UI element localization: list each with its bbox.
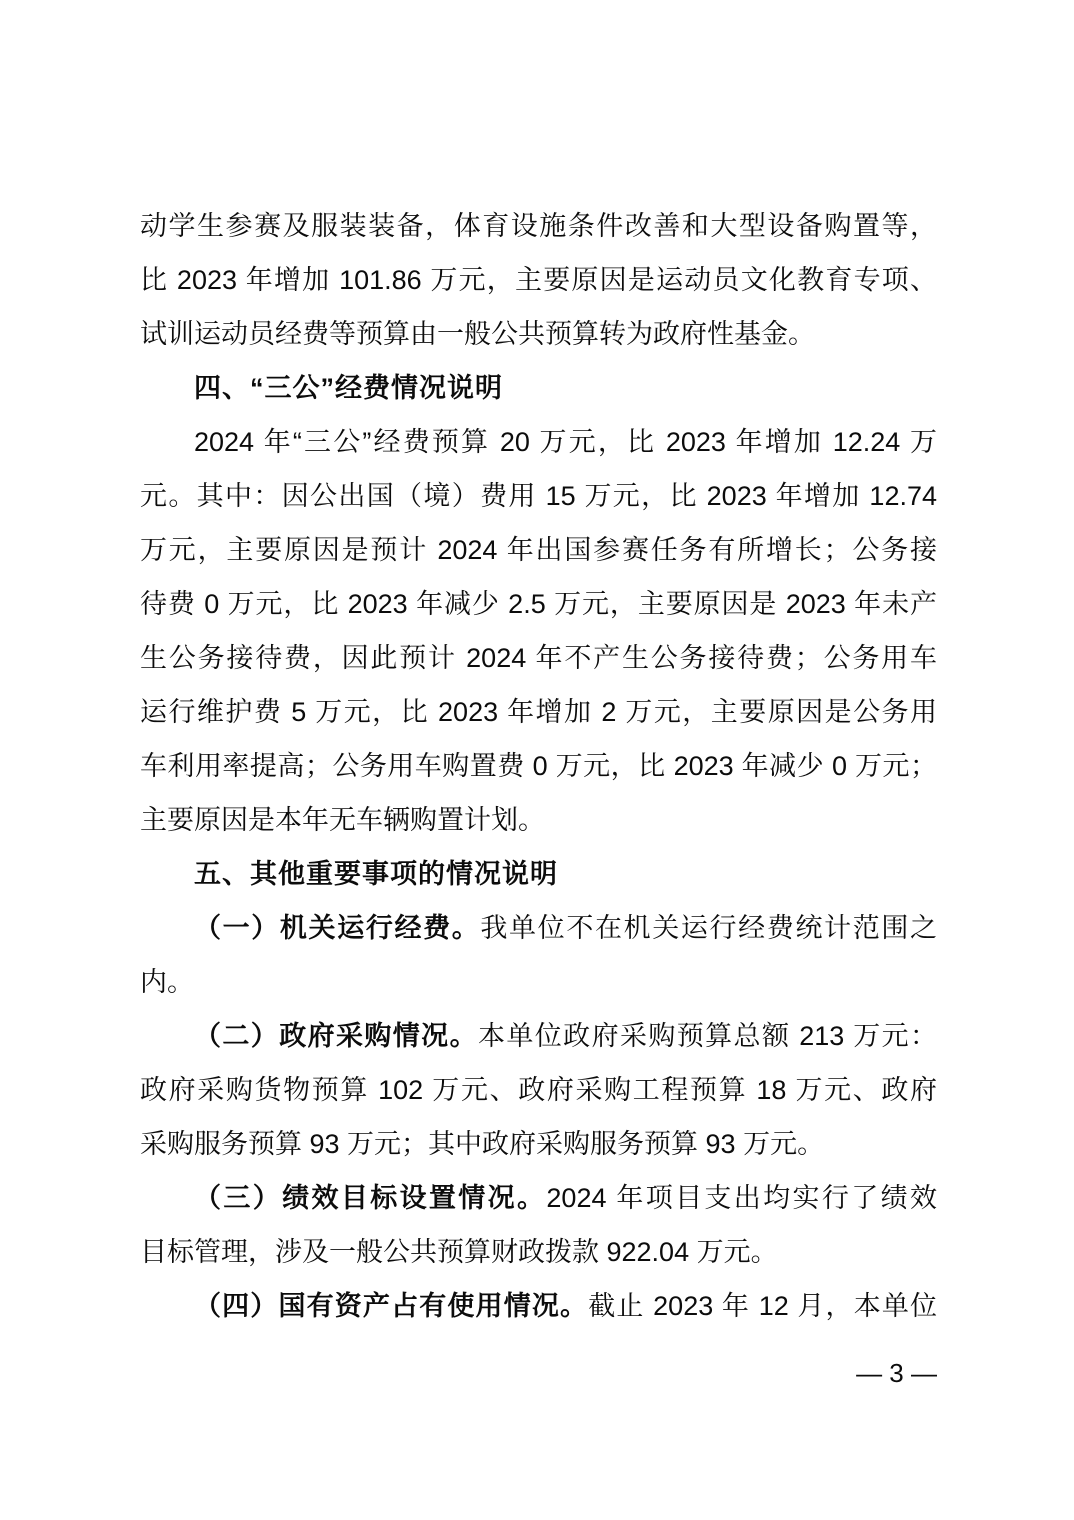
line-text: 比 2023 年增加 101.86 万元，主要原因是运动员文化教育专项、 [140, 265, 937, 295]
document-text-block: 动学生参赛及服装装备，体育设施条件改善和大型设备购置等， 比 2023 年增加 … [140, 199, 937, 1333]
line-text: 采购服务预算 93 万元；其中政府采购服务预算 93 万元。 [140, 1129, 824, 1159]
line-text: 本单位政府采购预算总额 213 万元： [478, 1021, 937, 1051]
line-text: 动学生参赛及服装装备，体育设施条件改善和大型设备购置等， [140, 211, 937, 241]
heading-text: 四、“三公”经费情况说明 [194, 373, 503, 403]
text-line: 比 2023 年增加 101.86 万元，主要原因是运动员文化教育专项、 [140, 253, 937, 307]
heading-text: 五、其他重要事项的情况说明 [194, 859, 558, 889]
text-line: （三）绩效目标设置情况。2024 年项目支出均实行了绩效 [140, 1171, 937, 1225]
line-text: 主要原因是本年无车辆购置计划。 [140, 805, 545, 835]
section-heading-4: 四、“三公”经费情况说明 [140, 361, 937, 415]
text-line: 车利用率提高；公务用车购置费 0 万元，比 2023 年减少 0 万元； [140, 739, 937, 793]
text-line: （一）机关运行经费。我单位不在机关运行经费统计范围之 [140, 901, 937, 955]
line-text: 目标管理，涉及一般公共预算财政拨款 922.04 万元。 [140, 1237, 778, 1267]
line-text: 运行维护费 5 万元，比 2023 年增加 2 万元，主要原因是公务用 [140, 697, 937, 727]
text-line: 内。 [140, 955, 937, 1009]
section-heading-5: 五、其他重要事项的情况说明 [140, 847, 937, 901]
line-text: 我单位不在机关运行经费统计范围之 [480, 913, 937, 943]
text-line: （四）国有资产占有使用情况。截止 2023 年 12 月，本单位 [140, 1279, 937, 1333]
text-line: 采购服务预算 93 万元；其中政府采购服务预算 93 万元。 [140, 1117, 937, 1171]
line-text: 政府采购货物预算 102 万元、政府采购工程预算 18 万元、政府 [140, 1075, 937, 1105]
text-line: 试训运动员经费等预算由一般公共预算转为政府性基金。 [140, 307, 937, 361]
text-line: 动学生参赛及服装装备，体育设施条件改善和大型设备购置等， [140, 199, 937, 253]
line-text: 生公务接待费，因此预计 2024 年不产生公务接待费；公务用车 [140, 643, 937, 673]
line-text: 截止 2023 年 12 月，本单位 [588, 1291, 937, 1321]
document-page: 动学生参赛及服装装备，体育设施条件改善和大型设备购置等， 比 2023 年增加 … [0, 0, 1074, 1520]
line-text: 试训运动员经费等预算由一般公共预算转为政府性基金。 [140, 319, 815, 349]
line-text: 2024 年“三公”经费预算 20 万元，比 2023 年增加 12.24 万 [194, 427, 937, 457]
text-line: 待费 0 万元，比 2023 年减少 2.5 万元，主要原因是 2023 年未产 [140, 577, 937, 631]
line-text: 万元，主要原因是预计 2024 年出国参赛任务有所增长；公务接 [140, 535, 937, 565]
text-line: （二）政府采购情况。本单位政府采购预算总额 213 万元： [140, 1009, 937, 1063]
line-text: 待费 0 万元，比 2023 年减少 2.5 万元，主要原因是 2023 年未产 [140, 589, 937, 619]
line-bold-prefix: （一）机关运行经费。 [194, 913, 480, 943]
line-text: 元。其中：因公出国（境）费用 15 万元，比 2023 年增加 12.74 [140, 481, 937, 511]
text-line: 主要原因是本年无车辆购置计划。 [140, 793, 937, 847]
text-line: 生公务接待费，因此预计 2024 年不产生公务接待费；公务用车 [140, 631, 937, 685]
line-bold-prefix: （四）国有资产占有使用情况。 [194, 1291, 588, 1321]
line-bold-prefix: （三）绩效目标设置情况。 [194, 1183, 546, 1213]
line-bold-prefix: （二）政府采购情况。 [194, 1021, 478, 1051]
text-line: 政府采购货物预算 102 万元、政府采购工程预算 18 万元、政府 [140, 1063, 937, 1117]
text-line: 运行维护费 5 万元，比 2023 年增加 2 万元，主要原因是公务用 [140, 685, 937, 739]
page-number: — 3 — [856, 1346, 937, 1400]
line-text: 车利用率提高；公务用车购置费 0 万元，比 2023 年减少 0 万元； [140, 751, 937, 781]
text-line: 目标管理，涉及一般公共预算财政拨款 922.04 万元。 [140, 1225, 937, 1279]
text-line: 万元，主要原因是预计 2024 年出国参赛任务有所增长；公务接 [140, 523, 937, 577]
text-line: 元。其中：因公出国（境）费用 15 万元，比 2023 年增加 12.74 [140, 469, 937, 523]
text-line: 2024 年“三公”经费预算 20 万元，比 2023 年增加 12.24 万 [140, 415, 937, 469]
line-text: 内。 [140, 967, 194, 997]
line-text: 2024 年项目支出均实行了绩效 [546, 1183, 937, 1213]
